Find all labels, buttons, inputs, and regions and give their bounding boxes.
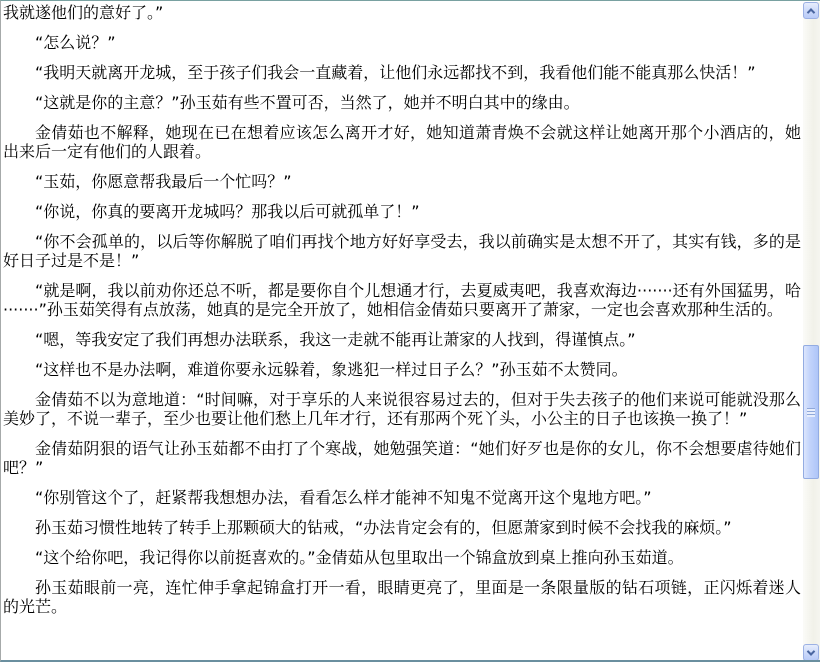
text-paragraph: “你别管这个了，赶紧帮我想想办法，看看怎么样才能神不知鬼不觉离开这个鬼地方吧。” [3, 488, 801, 507]
vertical-scrollbar[interactable] [803, 2, 820, 661]
text-paragraph: “你说，你真的要离开龙城吗？那我以后可就孤单了！” [3, 202, 801, 221]
text-paragraph: “怎么说？” [3, 33, 801, 52]
scroll-up-button[interactable] [803, 2, 819, 19]
text-paragraph: “玉茹，你愿意帮我最后一个忙吗？” [3, 172, 801, 191]
chevron-down-icon [807, 647, 815, 655]
text-paragraph: 金倩茹不以为意地道：“时间嘛，对于享乐的人来说很容易过去的，但对于失去孩子的他们… [3, 390, 801, 428]
text-paragraph: “这就是你的主意？”孙玉茹有些不置可否，当然了，她并不明白其中的缘由。 [3, 93, 801, 112]
text-paragraph: “这个给你吧，我记得你以前挺喜欢的。”金倩茹从包里取出一个锦盒放到桌上推向孙玉茹… [3, 548, 801, 567]
text-paragraph: 孙玉茹眼前一亮，连忙伸手拿起锦盒打开一看，眼睛更亮了，里面是一条限量版的钻石项链… [3, 578, 801, 616]
text-paragraph: 我就遂他们的意好了。” [3, 3, 801, 22]
text-paragraph: 金倩茹阴狠的语气让孙玉茹都不由打了个寒战，她勉强笑道：“她们好歹也是你的女儿，你… [3, 439, 801, 477]
scrollbar-grip-icon [807, 408, 815, 417]
text-paragraph: “这样也不是办法啊，难道你要永远躲着，象逃犯一样过日子么？”孙玉茹不太赞同。 [3, 360, 801, 379]
text-paragraph: “嗯，等我安定了我们再想办法联系，我这一走就不能再让萧家的人找到，得谨慎点。” [3, 330, 801, 349]
text-content: 我就遂他们的意好了。”“怎么说？”“我明天就离开龙城，至于孩子们我会一直藏着，让… [3, 3, 801, 627]
text-paragraph: “就是啊，我以前劝你还总不听，都是要你自个儿想通才行，去夏威夷吧，我喜欢海边··… [3, 281, 801, 319]
text-paragraph: “你不会孤单的，以后等你解脱了咱们再找个地方好好享受去，我以前确实是太想不开了，… [3, 232, 801, 270]
scroll-down-button[interactable] [803, 644, 819, 661]
text-paragraph: 孙玉茹习惯性地转了转手上那颗硕大的钻戒，“办法肯定会有的，但愿萧家到时候不会找我… [3, 518, 801, 537]
text-paragraph: 金倩茹也不解释，她现在已在想着应该怎么离开才好，她知道萧青焕不会就这样让她离开那… [3, 123, 801, 161]
novel-text-page: 我就遂他们的意好了。”“怎么说？”“我明天就离开龙城，至于孩子们我会一直藏着，让… [0, 0, 820, 662]
text-paragraph: “我明天就离开龙城，至于孩子们我会一直藏着，让他们永远都找不到，我看他们能不能真… [3, 63, 801, 82]
chevron-up-icon [807, 8, 815, 16]
scrollbar-thumb[interactable] [803, 345, 819, 479]
